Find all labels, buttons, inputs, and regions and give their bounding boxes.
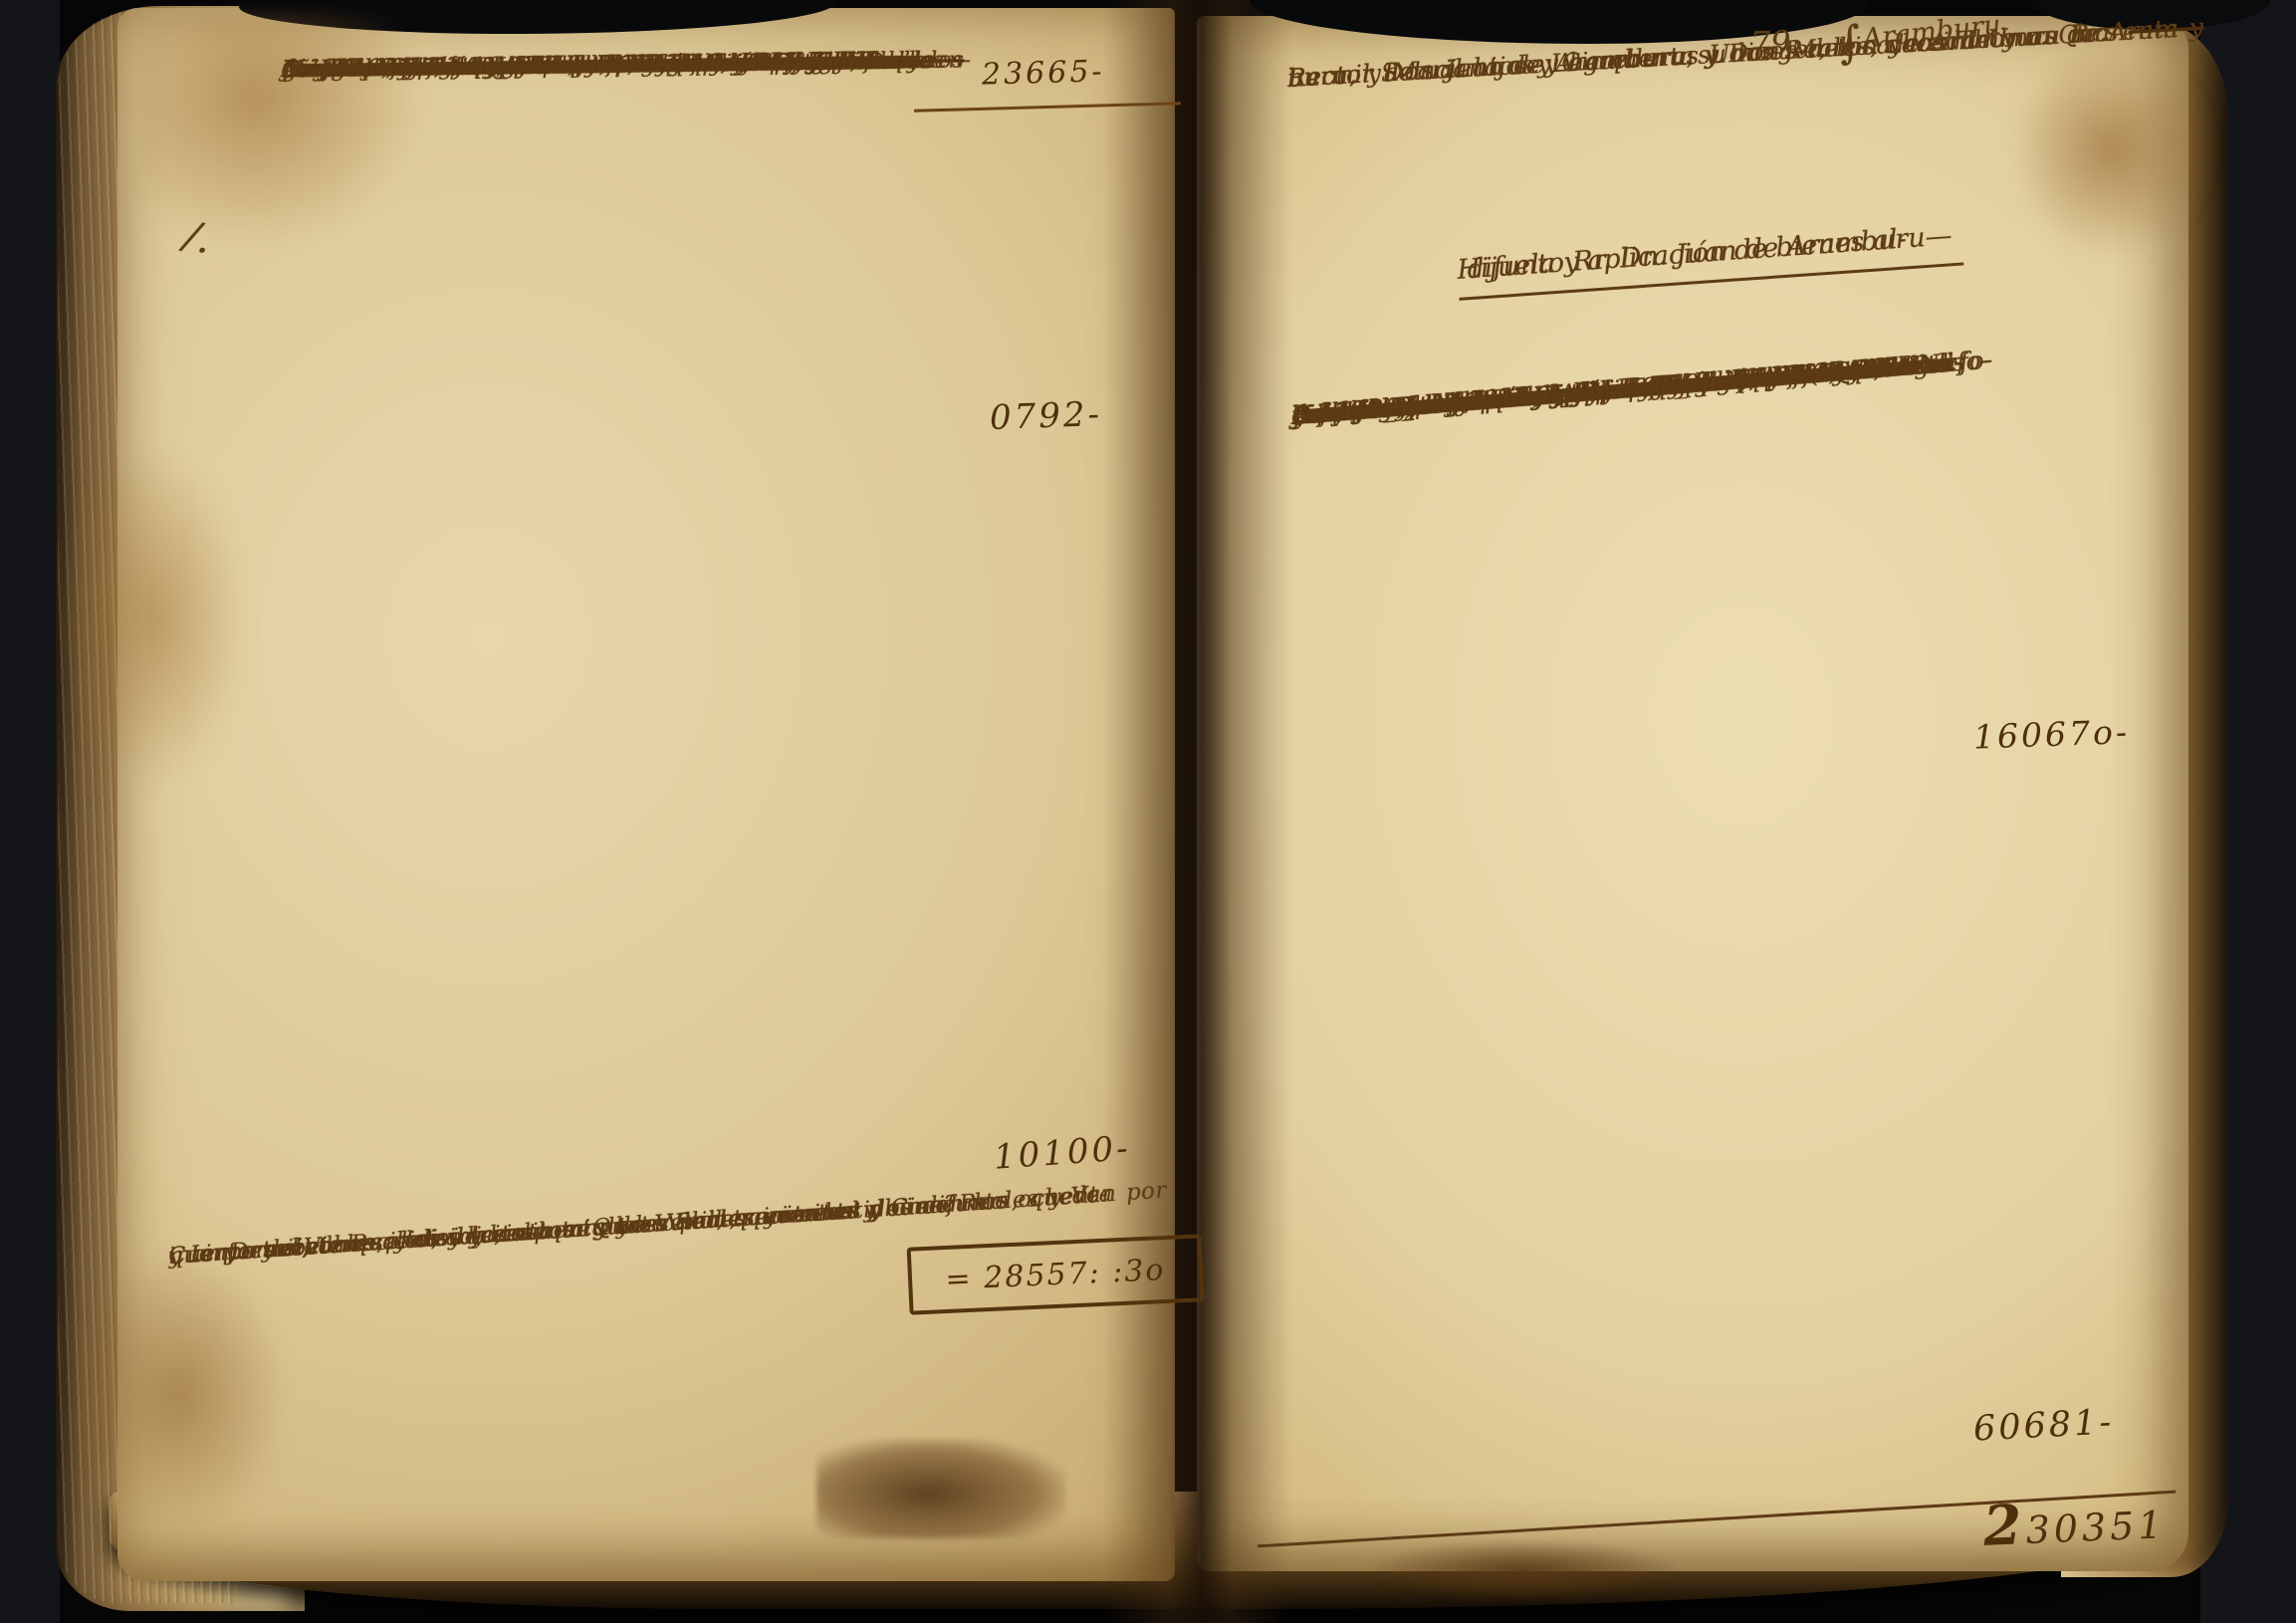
folio-number: 79	[1749, 23, 1791, 62]
margin-figure-60681: 60681-	[1972, 1402, 2115, 1449]
corner-note-text: Aramburu	[1861, 10, 2002, 55]
boxed-debit-figure: = 28557: :3o	[907, 1234, 1205, 1314]
margin-figure-16067: 16067o-	[1972, 712, 2130, 756]
book-gutter	[1103, 0, 1292, 1623]
manuscript-photo: /. no puedo asignar, ni señalar, solo pu…	[0, 0, 2296, 1623]
debit-figure-text: = 28557: :3o	[945, 1253, 1166, 1297]
struck-scribble: ———	[2128, 13, 2204, 46]
manuscript-line: de esta Villa el titulo desu pertenencia…	[282, 45, 806, 89]
margin-figure-0792: 0792-	[989, 394, 1102, 438]
left-page	[117, 8, 1175, 1581]
margin-figure-23665: 23665-	[982, 54, 1105, 92]
total-figure-230351: 230351	[1982, 1486, 2168, 1558]
pen-flourish: ∫	[1836, 16, 1864, 69]
